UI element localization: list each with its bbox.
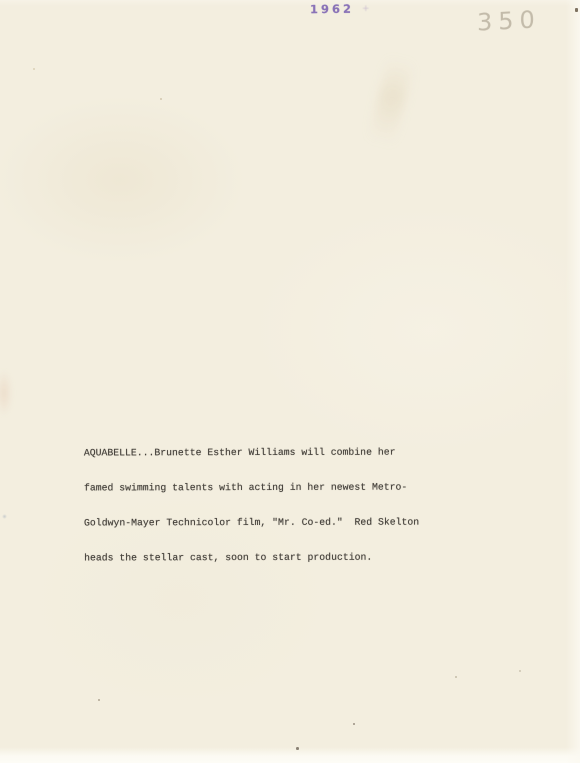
- paper-speck: [98, 699, 100, 701]
- caption-line: heads the stellar cast, soon to start pr…: [84, 551, 419, 563]
- paper-smudge: [2, 514, 7, 519]
- photo-verso-paper: 1962 + 350 AQUABELLE...Brunette Esther W…: [0, 0, 580, 763]
- paper-speck: [296, 747, 299, 750]
- paper-speck: [519, 670, 521, 672]
- handwritten-year: 1962: [310, 2, 354, 16]
- paper-smudge: [368, 56, 414, 146]
- ink-mark: +: [362, 4, 370, 14]
- paper-speck: [160, 98, 162, 100]
- edge-mark: [575, 8, 578, 12]
- pencil-catalog-number: 350: [477, 5, 541, 36]
- typewritten-caption: AQUABELLE...Brunette Esther Williams wil…: [84, 424, 420, 587]
- caption-line: AQUABELLE...Brunette Esther Williams wil…: [84, 447, 419, 459]
- caption-line: Goldwyn-Mayer Technicolor film, "Mr. Co-…: [84, 516, 419, 528]
- paper-speck: [455, 676, 457, 678]
- paper-speck: [353, 723, 355, 725]
- caption-line: famed swimming talents with acting in he…: [84, 482, 419, 494]
- paper-speck: [33, 68, 35, 70]
- paper-smudge: [0, 370, 12, 416]
